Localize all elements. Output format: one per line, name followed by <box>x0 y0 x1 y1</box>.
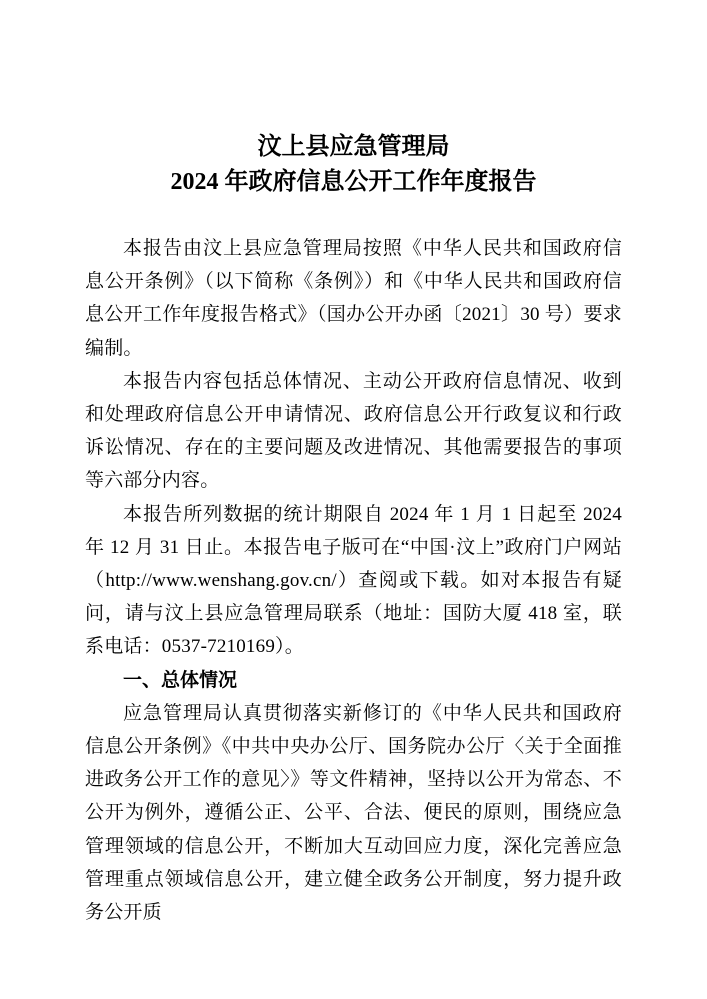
intro-paragraph-3: 本报告所列数据的统计期限自 2024 年 1 月 1 日起至 2024 年 12… <box>85 498 622 664</box>
intro-paragraph-2: 本报告内容包括总体情况、主动公开政府信息情况、收到和处理政府信息公开申请情况、政… <box>85 365 622 498</box>
document-title-line2: 2024 年政府信息公开工作年度报告 <box>171 169 537 195</box>
document-title-line1: 汶上县应急管理局 <box>258 134 450 160</box>
document-content: 汶上县应急管理局 2024 年政府信息公开工作年度报告 本报告由汶上县应急管理局… <box>85 0 622 929</box>
document-title: 汶上县应急管理局 2024 年政府信息公开工作年度报告 <box>85 130 622 200</box>
section-1-paragraph-1: 应急管理局认真贯彻落实新修订的《中华人民共和国政府信息公开条例》《中共中央办公厅… <box>85 697 622 929</box>
intro-paragraph-1: 本报告由汶上县应急管理局按照《中华人民共和国政府信息公开条例》（以下简称《条例》… <box>85 232 622 365</box>
section-1-heading: 一、总体情况 <box>85 664 622 697</box>
document-page: 汶上县应急管理局 2024 年政府信息公开工作年度报告 本报告由汶上县应急管理局… <box>0 0 707 999</box>
